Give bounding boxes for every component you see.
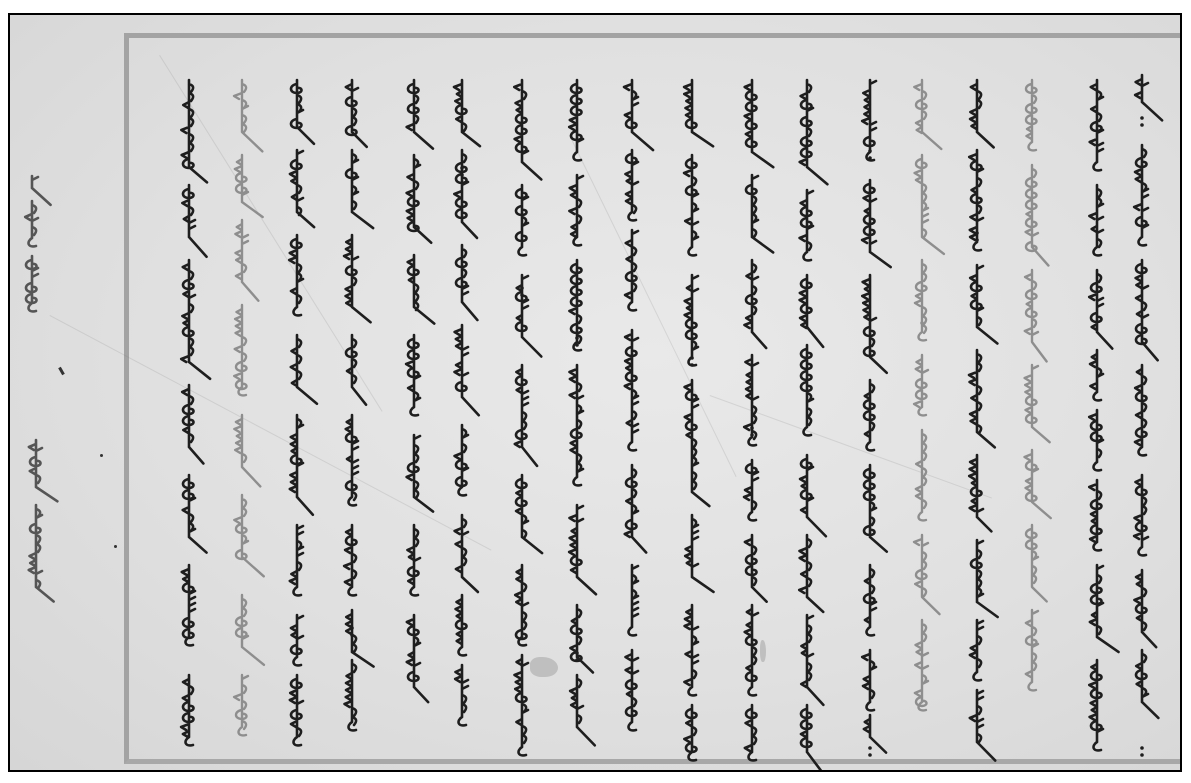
text-column-14 <box>902 33 942 772</box>
upper-margin-note <box>12 174 52 374</box>
text-column-5 <box>394 33 434 772</box>
text-column-18 <box>1122 33 1162 772</box>
text-column-10 <box>672 33 712 772</box>
text-column-3 <box>277 33 317 772</box>
lower-margin-note <box>16 438 56 638</box>
text-column-13 <box>850 33 890 772</box>
stray-mark <box>114 545 117 548</box>
text-column-17 <box>1077 33 1117 772</box>
text-column-7 <box>502 33 542 772</box>
text-column-9 <box>612 33 652 772</box>
text-column-1 <box>169 33 209 772</box>
text-column-8 <box>557 33 597 772</box>
text-column-15 <box>957 33 997 772</box>
manuscript-scan <box>8 13 1182 772</box>
text-column-12 <box>787 33 827 772</box>
text-column-6 <box>442 33 482 772</box>
text-column-11 <box>732 33 772 772</box>
text-column-2 <box>222 33 262 772</box>
text-column-4 <box>332 33 372 772</box>
stray-mark <box>100 454 103 457</box>
text-column-16 <box>1012 33 1052 772</box>
